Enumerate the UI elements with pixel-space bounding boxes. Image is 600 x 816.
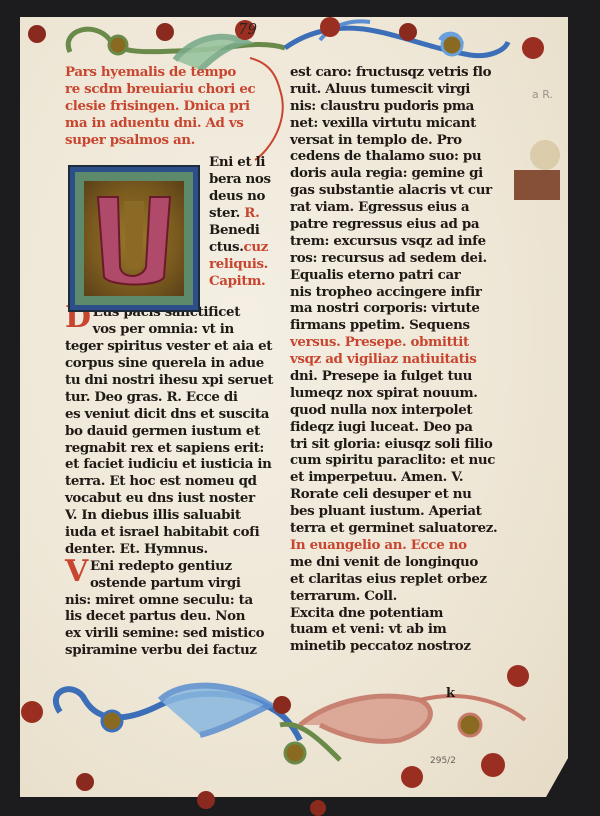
folio-number: 79 [238, 20, 257, 38]
left-column: Pars hyemalis de tempo re scdm breuiariu… [65, 64, 285, 659]
catchword: k [446, 686, 455, 701]
illuminated-initial-V [68, 165, 200, 312]
text-beside-initial: Eni et li bera nos deus no ster. R. Bene… [209, 154, 271, 289]
right-column: est caro: fructusqz vetris flo ruit. Alu… [290, 64, 495, 655]
rubric-heading: Pars hyemalis de tempo re scdm breuiariu… [65, 64, 285, 148]
chapter-text: DEus pacis sanctificet vos per omnia: vt… [65, 304, 285, 557]
hymn-text: VEni redepto gentiuz ostende partum virg… [65, 558, 285, 659]
letter-V-glyph [90, 187, 180, 292]
red-initial-V: V [65, 558, 88, 586]
pencil-annotation-bottom: 295/2 [430, 756, 456, 766]
pencil-annotation: a R. [532, 88, 553, 101]
